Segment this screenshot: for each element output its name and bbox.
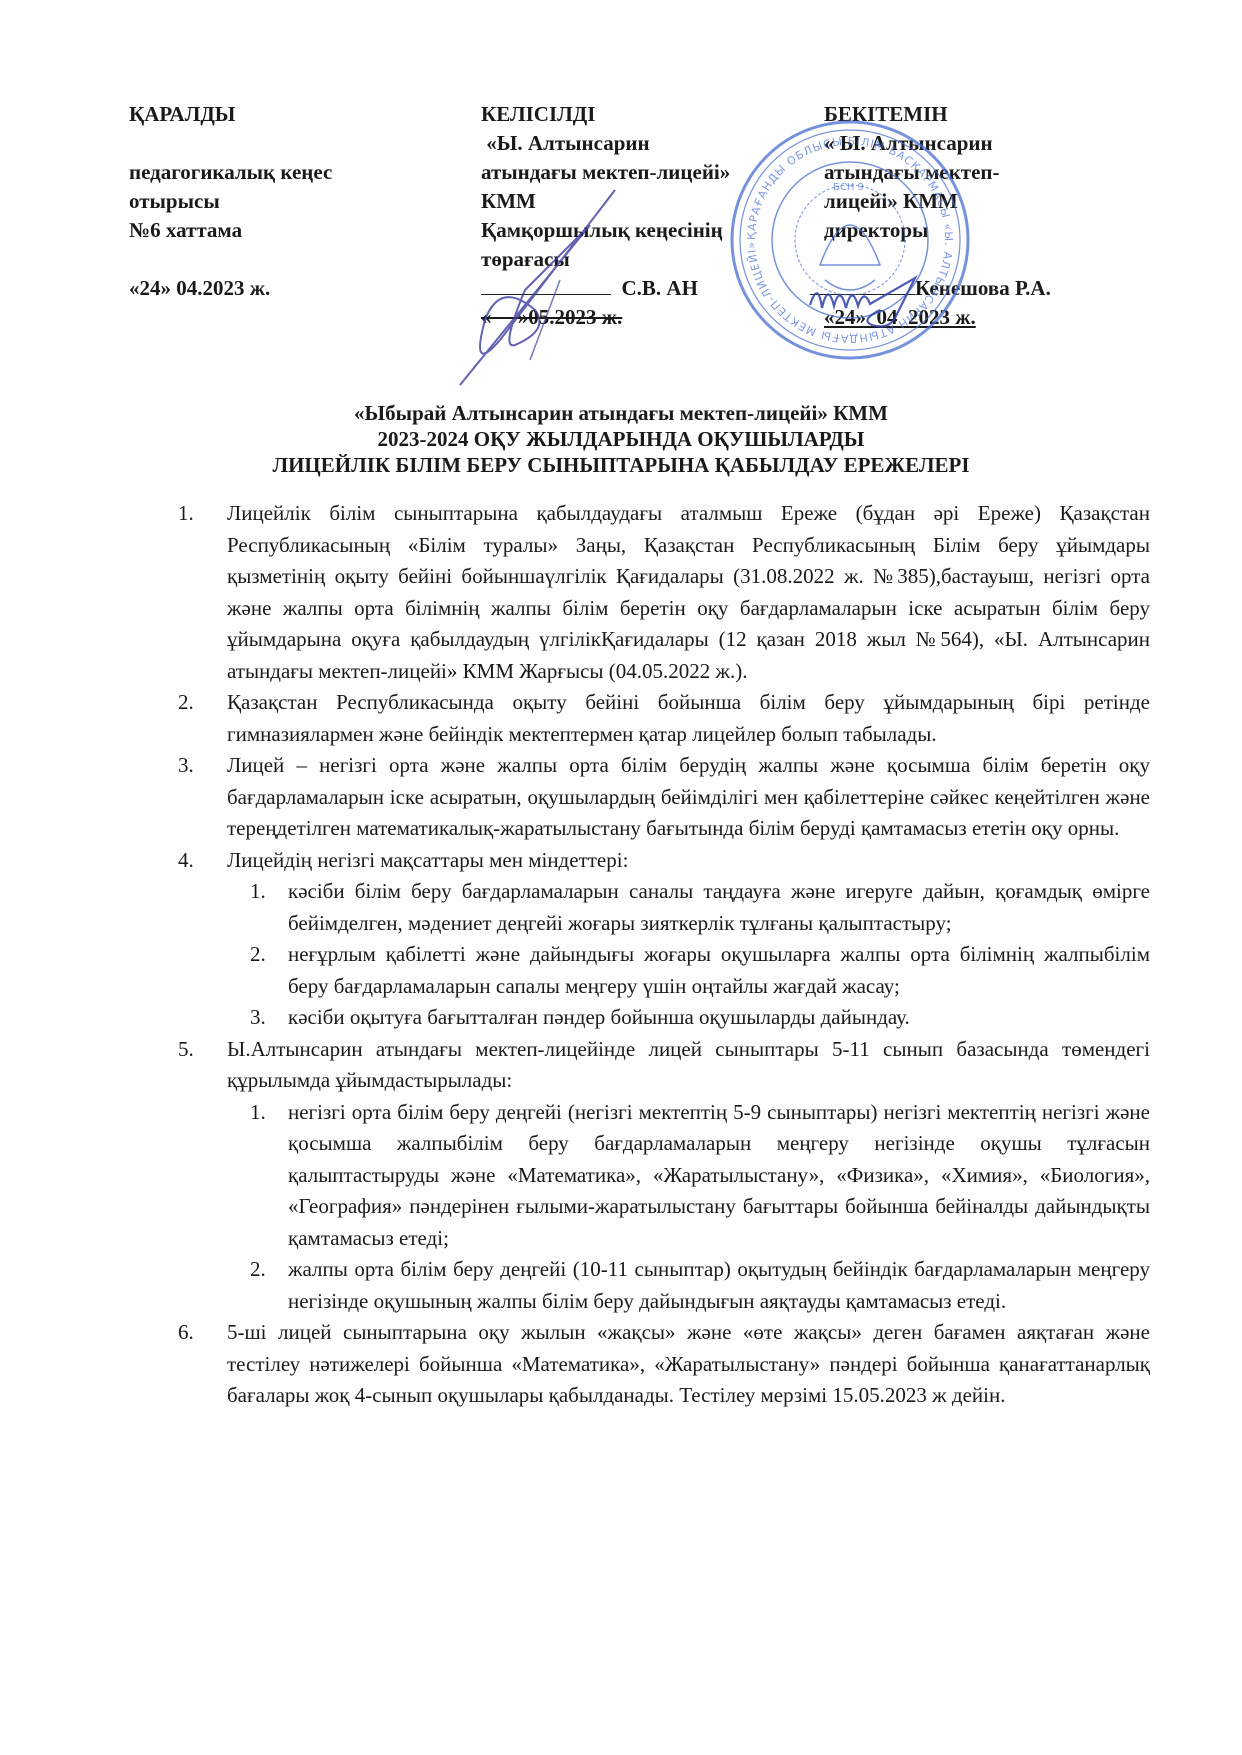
signature-line	[810, 274, 915, 295]
sub-item-text: кәсіби білім беру бағдарламаларын саналы…	[288, 879, 1150, 935]
approved-line: « Ы. Алтынсарин	[824, 129, 1051, 158]
sub-item-number: 2.	[250, 939, 290, 971]
agreed-line: КММ	[481, 187, 730, 216]
document-title: «Ыбырай Алтынсарин атындағы мектеп-лицей…	[0, 400, 1242, 478]
approval-considered: ҚАРАЛДЫ педагогикалық кеңес отырысы №6 х…	[129, 100, 332, 303]
approved-line: директоры	[824, 216, 1051, 245]
approved-heading: БЕКІТЕМІН	[824, 100, 1051, 129]
list-item: 4. Лицейдің негізгі мақсаттары мен мінде…	[178, 845, 1150, 877]
title-line: «Ыбырай Алтынсарин атындағы мектеп-лицей…	[0, 400, 1242, 426]
considered-line: педагогикалық кеңес	[129, 158, 332, 187]
title-line: ЛИЦЕЙЛІК БІЛІМ БЕРУ СЫНЫПТАРЫНА ҚАБЫЛДАУ…	[0, 452, 1242, 478]
item-number: 2.	[178, 687, 218, 719]
agreed-line: атындағы мектеп-лицейі»	[481, 158, 730, 187]
sub-list-item: 1. негізгі орта білім беру деңгейі (негі…	[178, 1097, 1150, 1255]
item-number: 5.	[178, 1034, 218, 1066]
rules-list: 1. Лицейлік білім сыныптарына қабылдауда…	[178, 498, 1150, 1412]
agreed-heading: КЕЛІСІЛДІ	[481, 100, 730, 129]
item-number: 6.	[178, 1317, 218, 1349]
considered-date: «24» 04.2023 ж.	[129, 274, 332, 303]
sub-list-item: 2. жалпы орта білім беру деңгейі (10-11 …	[178, 1254, 1150, 1317]
item-text: Лицей – негізгі орта және жалпы орта біл…	[227, 753, 1150, 840]
list-item: 5. Ы.Алтынсарин атындағы мектеп-лицейінд…	[178, 1034, 1150, 1097]
approved-signer: Кенешова Р.А.	[915, 276, 1051, 300]
item-number: 3.	[178, 750, 218, 782]
sub-item-text: кәсіби оқытуға бағытталған пәндер бойынш…	[288, 1005, 910, 1029]
sub-item-text: негізгі орта білім беру деңгейі (негізгі…	[288, 1100, 1150, 1250]
agreed-line: «Ы. Алтынсарин	[481, 129, 730, 158]
sub-item-number: 3.	[250, 1002, 290, 1034]
sub-list-item: 3. кәсіби оқытуға бағытталған пәндер бой…	[178, 1002, 1150, 1034]
sub-item-number: 1.	[250, 876, 290, 908]
item-text: Ы.Алтынсарин атындағы мектеп-лицейінде л…	[227, 1037, 1150, 1093]
approval-agreed: КЕЛІСІЛДІ «Ы. Алтынсарин атындағы мектеп…	[481, 100, 730, 332]
considered-line: отырысы	[129, 187, 332, 216]
approved-line: лицейі» КММ	[824, 187, 1051, 216]
agreed-date: « »05.2023 ж.	[481, 303, 730, 332]
considered-line: №6 хаттама	[129, 216, 332, 245]
agreed-line: Қамқоршылық кеңесінің	[481, 216, 730, 245]
considered-heading: ҚАРАЛДЫ	[129, 100, 332, 129]
approved-date: «24» 04 2023 ж.	[824, 303, 1051, 332]
agreed-signer: С.В. АН	[622, 276, 698, 300]
agreed-line: төрағасы	[481, 245, 730, 274]
sub-item-number: 1.	[250, 1097, 290, 1129]
approval-approved: БЕКІТЕМІН « Ы. Алтынсарин атындағы мекте…	[824, 100, 1051, 332]
list-item: 3. Лицей – негізгі орта және жалпы орта …	[178, 750, 1150, 845]
sub-list-item: 1. кәсіби білім беру бағдарламаларын сан…	[178, 876, 1150, 939]
item-number: 4.	[178, 845, 218, 877]
list-item: 1. Лицейлік білім сыныптарына қабылдауда…	[178, 498, 1150, 687]
signature-line	[481, 274, 611, 295]
item-text: Лицейдің негізгі мақсаттары мен міндетте…	[227, 848, 628, 872]
item-text: Қазақстан Республикасында оқыту бейіні б…	[227, 690, 1150, 746]
sub-item-text: неғұрлым қабілетті және дайындығы жоғары…	[288, 942, 1150, 998]
item-number: 1.	[178, 498, 218, 530]
list-item: 2. Қазақстан Республикасында оқыту бейін…	[178, 687, 1150, 750]
sub-item-text: жалпы орта білім беру деңгейі (10-11 сын…	[288, 1257, 1150, 1313]
title-line: 2023-2024 ОҚУ ЖЫЛДАРЫНДА ОҚУШЫЛАРДЫ	[0, 426, 1242, 452]
approved-line: атындағы мектеп-	[824, 158, 1051, 187]
document-page: ҚАРАЛДЫ педагогикалық кеңес отырысы №6 х…	[0, 0, 1242, 1755]
sub-item-number: 2.	[250, 1254, 290, 1286]
item-text: Лицейлік білім сыныптарына қабылдаудағы …	[227, 501, 1150, 683]
sub-list-item: 2. неғұрлым қабілетті және дайындығы жоғ…	[178, 939, 1150, 1002]
item-text: 5-ші лицей сыныптарына оқу жылын «жақсы»…	[227, 1320, 1150, 1407]
list-item: 6. 5-ші лицей сыныптарына оқу жылын «жақ…	[178, 1317, 1150, 1412]
